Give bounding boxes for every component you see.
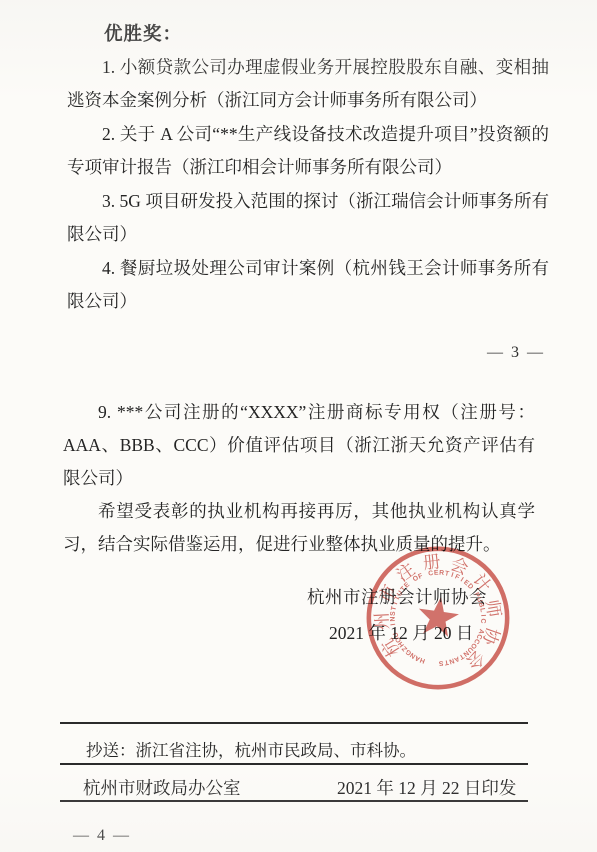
seal-text-char: H	[419, 656, 426, 664]
seal-text-char: T	[443, 658, 449, 666]
print-date: 2021 年 12 月 22 日印发	[337, 775, 516, 800]
seal-text-char: T	[444, 570, 450, 578]
seal-text-char: S	[390, 611, 397, 617]
closing-paragraph: 希望受表彰的执业机构再接再厉，其他执业机构认真学习，结合实际借鉴运用，促进行业整…	[63, 495, 535, 561]
footer-divider-3	[60, 800, 528, 802]
seal-text-char: 协	[479, 625, 504, 649]
footer-divider-2	[60, 763, 528, 765]
footer-divider-1	[60, 722, 528, 724]
closing-section: 9. ***公司注册的“XXXX”注册商标专用权（注册号：AAA、BBB、CCC…	[63, 396, 535, 561]
seal-text-char: I	[459, 577, 464, 584]
award-list-section: 优胜奖： 1. 小额贷款公司办理虚假业务开展控股股东自融、变相抽逃资本金案例分析…	[67, 17, 549, 319]
seal-text-char: F	[417, 573, 424, 581]
award-item-1: 1. 小额贷款公司办理虚假业务开展控股股东自融、变相抽逃资本金案例分析（浙江同方…	[67, 51, 549, 118]
signature-date: 2021 年 12 月 20 日	[329, 620, 473, 645]
award-item-2: 2. 关于 A 公司“**生产线设备技术改造提升项目”投资额的专项审计报告（浙江…	[67, 118, 549, 185]
seal-text-char: R	[439, 570, 445, 577]
seal-text-char: C	[428, 570, 434, 578]
award-item-4: 4. 餐厨垃圾处理公司审计案例（杭州钱王会计师事务所有限公司）	[67, 252, 549, 319]
seal-text-char: A	[414, 654, 422, 663]
seal-ring	[360, 540, 516, 696]
seal-text-char: A	[453, 655, 460, 663]
page-number-3: — 3 —	[487, 344, 545, 362]
seal-text-char: U	[466, 645, 474, 653]
seal-text-char: O	[412, 574, 421, 583]
issuing-office: 杭州市财政局办公室	[83, 775, 241, 800]
seal-text-char: I	[479, 614, 486, 616]
seal-text-char: F	[454, 573, 461, 581]
award-item-3: 3. 5G 项目研发投入范围的探讨（浙江瑞信会计师事务所有限公司）	[67, 185, 549, 252]
seal-text-char: C	[479, 618, 486, 623]
section-heading: 优胜奖：	[67, 17, 549, 51]
scanned-document-page: 优胜奖： 1. 小额贷款公司办理虚假业务开展控股股东自融、变相抽逃资本金案例分析…	[0, 0, 597, 852]
seal-text-char: N	[409, 651, 417, 660]
seal-text-char: Z	[401, 644, 409, 652]
cc-line: 抄送：浙江省注协，杭州市民政局、市科协。	[86, 737, 416, 761]
award-item-9: 9. ***公司注册的“XXXX”注册商标专用权（注册号：AAA、BBB、CCC…	[63, 396, 535, 495]
seal-text-char: G	[405, 648, 414, 657]
seal-text-char: T	[457, 652, 465, 661]
seal-text-char: A	[477, 628, 485, 635]
seal-text-char: 注	[393, 559, 419, 585]
signature-org: 杭州市注册会计师协会	[307, 584, 487, 609]
seal-text-char: E	[434, 570, 439, 577]
page-number-4: — 4 —	[73, 827, 131, 845]
seal-text-char: S	[438, 659, 443, 666]
seal-text-char: N	[448, 657, 455, 665]
seal-text-char: I	[450, 572, 454, 579]
seal-text-char: C	[475, 633, 483, 640]
seal-text-char: N	[462, 649, 470, 658]
seal-text-char: 会	[462, 646, 488, 673]
